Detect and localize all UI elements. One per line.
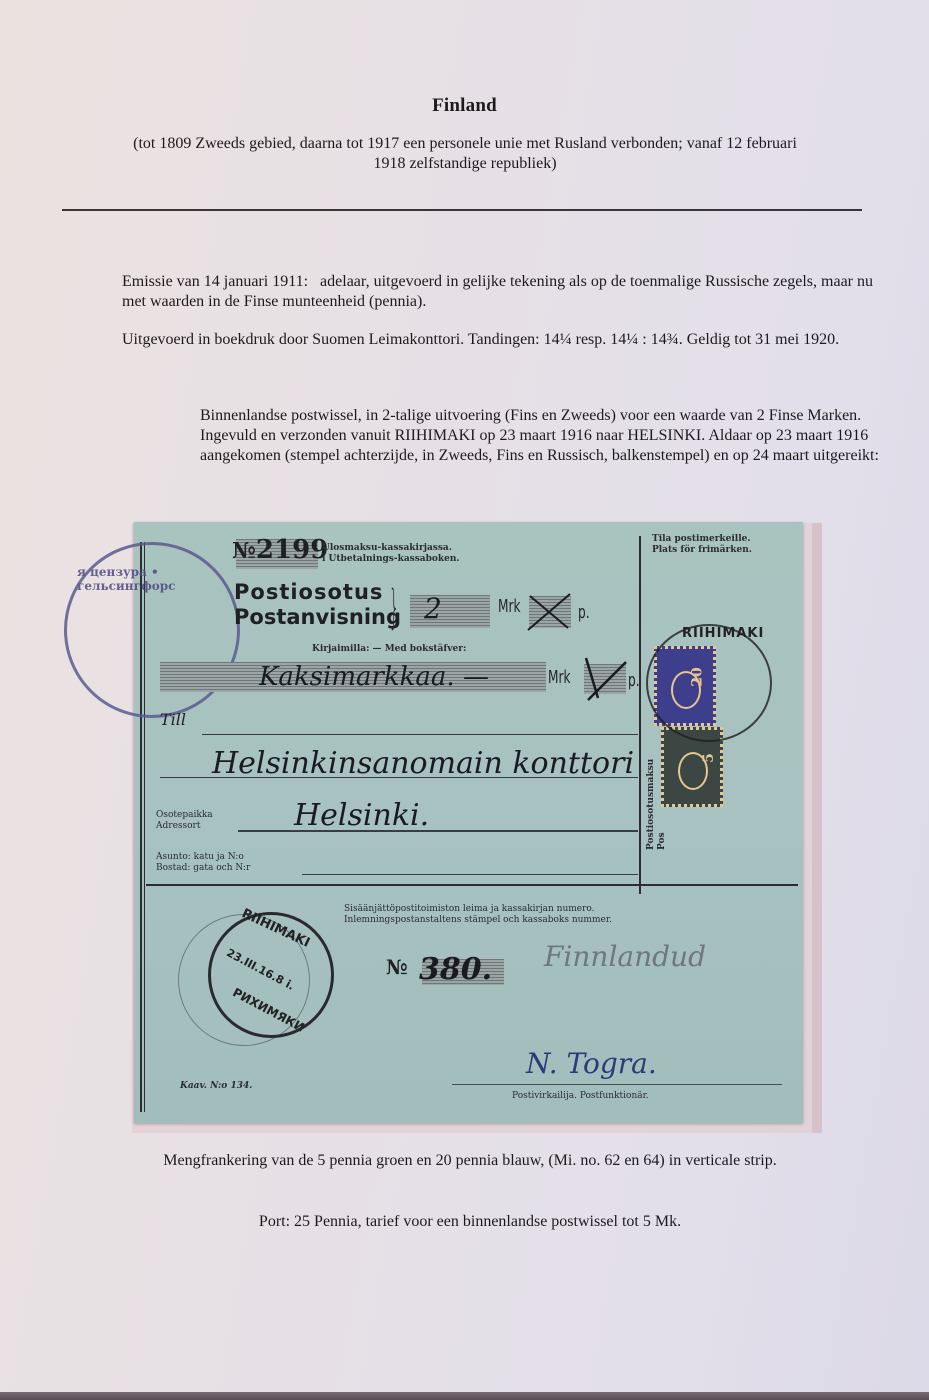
form-title: Postiosotus Postanvisning — [234, 580, 401, 630]
kassa-label-fi: Ulosmaksu-kassakirjassa. — [322, 543, 460, 554]
form-title-sv: Postanvisning — [234, 605, 401, 630]
address-place-label: Osotepaikka Adressort — [156, 810, 213, 832]
stamp-area-label: Tila postimerkeille. Plats för frimärken… — [652, 534, 752, 556]
address-street-fi: Asunto: katu ja N:o — [156, 852, 250, 863]
official-label: Postivirkailija. Postfunktionär. — [512, 1091, 649, 1102]
address-street-sv: Bostad: gata och N:r — [156, 863, 250, 874]
form-code: Kaav. N:o 134. — [180, 1081, 252, 1092]
amount-words: Kaksimarkkaa. — — [259, 662, 489, 692]
section-divider — [146, 884, 798, 886]
mrk-label: Mrk — [498, 596, 521, 617]
p-label-2: p. — [628, 670, 640, 691]
official-signature: N. Togra. — [526, 1047, 657, 1080]
recipient-name: Helsinkinsanomain konttori — [212, 746, 634, 781]
page-edge — [0, 1392, 929, 1400]
amount-field — [410, 595, 490, 628]
mrk-label-2: Mrk — [548, 667, 571, 688]
crossed-out-pennia — [526, 592, 572, 632]
postage-caption: Port: 25 Pennia, tarief voor een binnenl… — [160, 1212, 780, 1232]
form-title-fi: Postiosotus — [234, 580, 401, 605]
page-subtitle: (tot 1809 Zweeds gebied, daarna tot 1917… — [120, 134, 810, 174]
recipient-line-1 — [202, 734, 638, 735]
item-description: Binnenlandse postwissel, in 2-talige uit… — [200, 406, 880, 466]
reg-no-label: № — [386, 955, 408, 979]
recipient-line-2 — [160, 777, 638, 778]
sending-office-label: Sisäänjättöpostitoimiston leima ja kassa… — [344, 904, 612, 926]
stamp-area-fi: Tila postimerkeille. — [652, 534, 752, 545]
address-place-sv: Adressort — [156, 821, 213, 832]
till-label: Till — [160, 710, 186, 729]
censor-cachet-text: я цензура • гельсингфорс — [77, 565, 237, 593]
issue-description: Emissie van 14 januari 1911: adelaar, ui… — [122, 272, 882, 312]
stamp-postmark — [646, 624, 772, 742]
address-place-line — [238, 830, 638, 832]
crossed-out-pennia-words — [580, 656, 630, 702]
postmark-top-text: RIIHIMAKI — [239, 906, 312, 951]
letters-label: Kirjaimilla: — Med bokstäfver: — [312, 644, 466, 655]
p-label: p. — [578, 602, 590, 623]
address-street-label: Asunto: katu ja N:o Bostad: gata och N:r — [156, 852, 250, 874]
stamp-area-sv: Plats för frimärken. — [652, 545, 752, 556]
stamp-value: 5 — [701, 753, 717, 763]
address-place-fi: Osotepaikka — [156, 810, 213, 821]
riihimaki-postmark: RIIHIMAKI 23.III.16.8 i. РИХИМЯКИ — [208, 912, 334, 1038]
pencil-note: Finnlandud — [544, 940, 706, 973]
number-prefix: № — [232, 538, 256, 564]
kassa-label-sv: i Utbetalnings-kassaboken. — [322, 554, 460, 565]
reg-number: 380. — [419, 952, 492, 987]
postmark-bottom-text: РИХИМЯКИ — [230, 985, 306, 1035]
stamp-column-divider — [639, 536, 641, 894]
amount-marks: 2 — [424, 592, 442, 625]
page-title: Finland — [0, 95, 929, 117]
franking-caption: Mengfrankering van de 5 pennia groen en … — [160, 1151, 780, 1171]
sending-office-fi: Sisäänjättöpostitoimiston leima ja kassa… — [344, 904, 612, 915]
divider — [62, 209, 862, 211]
brace: } — [389, 582, 399, 632]
sending-office-sv: Inlemningspostanstaltens stämpel och kas… — [344, 915, 612, 926]
address-street-line — [302, 874, 638, 875]
stamp-postmark-text: RIIHIMAKI — [682, 626, 764, 641]
signature-line — [452, 1084, 782, 1085]
fee-label-fi: Postiosotusmaksu — [646, 759, 657, 850]
order-number: №2199 — [232, 535, 328, 565]
recipient-city: Helsinki. — [294, 798, 429, 833]
number-value: 2199 — [256, 535, 328, 565]
money-order-card: я цензура • гельсингфорс №2199 Ulosmaksu… — [134, 522, 803, 1123]
printing-description: Uitgevoerd in boekdruk door Suomen Leima… — [122, 330, 882, 350]
kassa-label: Ulosmaksu-kassakirjassa. i Utbetalnings-… — [322, 543, 460, 565]
